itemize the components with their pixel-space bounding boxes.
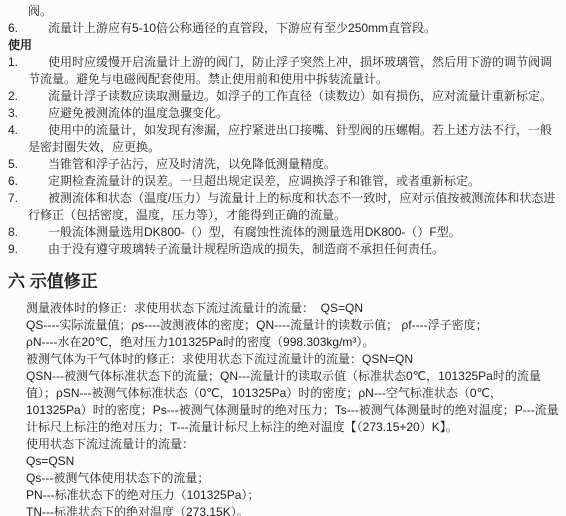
list-item-number: 6. xyxy=(8,20,18,37)
list-item-text: 定期检查流量计的误差。一旦超出规定误差，应调换浮子和锥管，或者重新标定。 xyxy=(48,174,480,188)
list-item: 1. 使用时应缓慢开启流量计上游的阀门，防止浮子突然上冲，损坏玻璃管，然后用下游… xyxy=(0,54,566,88)
list-item-number: 1. xyxy=(8,54,18,71)
list-item: 2. 流量计浮子读数应读取测量边。如浮子的工作直径（读数边）如有损伤，应对流量计… xyxy=(0,88,566,105)
list-item: 4. 使用中的流量计，如发现有渗漏，应拧紧进出口接嘴、针型阀的压螺帽。若上述方法… xyxy=(0,122,566,156)
section-heading-correction: 六 示值修正 xyxy=(0,271,566,293)
list-item-number: 2. xyxy=(8,88,18,105)
list-item-number: 4. xyxy=(8,122,18,139)
paragraph-line: 被测气体为干气体时的修正：求使用状态下流过流量计的流量：QSN=QN xyxy=(0,351,566,368)
paragraph-line: TN---标准状态下的绝对温度（273.15K）。 xyxy=(0,504,566,516)
list-item-number: 9. xyxy=(8,241,18,258)
list-item-text: 使用时应缓慢开启流量计上游的阀门，防止浮子突然上冲，损坏玻璃管，然后用下游的调节… xyxy=(28,55,552,86)
list-item-number: 8. xyxy=(8,224,18,241)
list-item-number: 3. xyxy=(8,105,18,122)
list-item-number: 7. xyxy=(8,190,18,207)
list-item: 6. 定期检查流量计的误差。一旦超出规定误差，应调换浮子和锥管，或者重新标定。 xyxy=(0,173,566,190)
list-item-number: 6. xyxy=(8,173,18,190)
list-item: 6. 流量计上游应有5-10倍公称通径的直管段，下游应有至少250mm直管段。 xyxy=(0,20,566,37)
paragraph-line: QS----实际流量值；ρs----波测液体的密度；QN----流量计的读数示值… xyxy=(0,317,566,334)
paragraph-line: ρN----水在20℃，绝对压力101325Pa时的密度（998.303kg/m… xyxy=(0,334,566,351)
list-item: 8. 一般流体测量选用DK800-（）型，有腐蚀性流体的测量选用DK800-（）… xyxy=(0,224,566,241)
paragraph-line: 测量液体时的修正：求使用状态下流过流量计的流量： QS=QN xyxy=(0,300,566,317)
section-heading-use: 使用 xyxy=(0,37,566,54)
list-item-text: 由于没有遵守玻璃转子流量计规程所造成的损失，制造商不承担任何责任。 xyxy=(48,242,444,256)
list-item-text: 被测流体和状态（温度/压力）与流量计上的标度和状态不一致时，应对示值按被测流体和… xyxy=(28,191,555,222)
list-item-text: 使用中的流量计，如发现有渗漏，应拧紧进出口接嘴、针型阀的压螺帽。若上述方法不行，… xyxy=(28,123,552,154)
list-item-text: 流量计浮子读数应读取测量边。如浮子的工作直径（读数边）如有损伤，应对流量计重新标… xyxy=(48,89,552,103)
list-item-text: 流量计上游应有5-10倍公称通径的直管段，下游应有至少250mm直管段。 xyxy=(48,21,436,35)
list-item: 7. 被测流体和状态（温度/压力）与流量计上的标度和状态不一致时，应对示值按被测… xyxy=(0,190,566,224)
paragraph-line: QSN---被测气体标准状态下的流量；QN---流量计的读取示值（标准状态0℃，… xyxy=(0,368,566,436)
list-item-text: 当锥管和浮子沾污，应及时清洗，以免降低测量精度。 xyxy=(48,157,336,171)
list-item: 9. 由于没有遵守玻璃转子流量计规程所造成的损失，制造商不承担任何责任。 xyxy=(0,241,566,258)
formula-line: Qs=QSN xyxy=(0,453,566,470)
list-item-number: 5. xyxy=(8,156,18,173)
list-item-text: 一般流体测量选用DK800-（）型，有腐蚀性流体的测量选用DK800-（）F型。 xyxy=(48,225,461,239)
list-item: 5. 当锥管和浮子沾污，应及时清洗，以免降低测量精度。 xyxy=(0,156,566,173)
paragraph-line: Qs---被测气体使用状态下的流量； xyxy=(0,470,566,487)
list-item: 3. 应避免被测流体的温度急骤变化。 xyxy=(0,105,566,122)
list-item-text: 应避免被测流体的温度急骤变化。 xyxy=(48,106,228,120)
paragraph-line: 使用状态下流过流量计的流量： xyxy=(0,436,566,453)
document-page: 阀。 6. 流量计上游应有5-10倍公称通径的直管段，下游应有至少250mm直管… xyxy=(0,0,566,516)
continuation-line: 阀。 xyxy=(0,3,566,20)
paragraph-line: PN---标准状态下的绝对压力（101325Pa）； xyxy=(0,487,566,504)
